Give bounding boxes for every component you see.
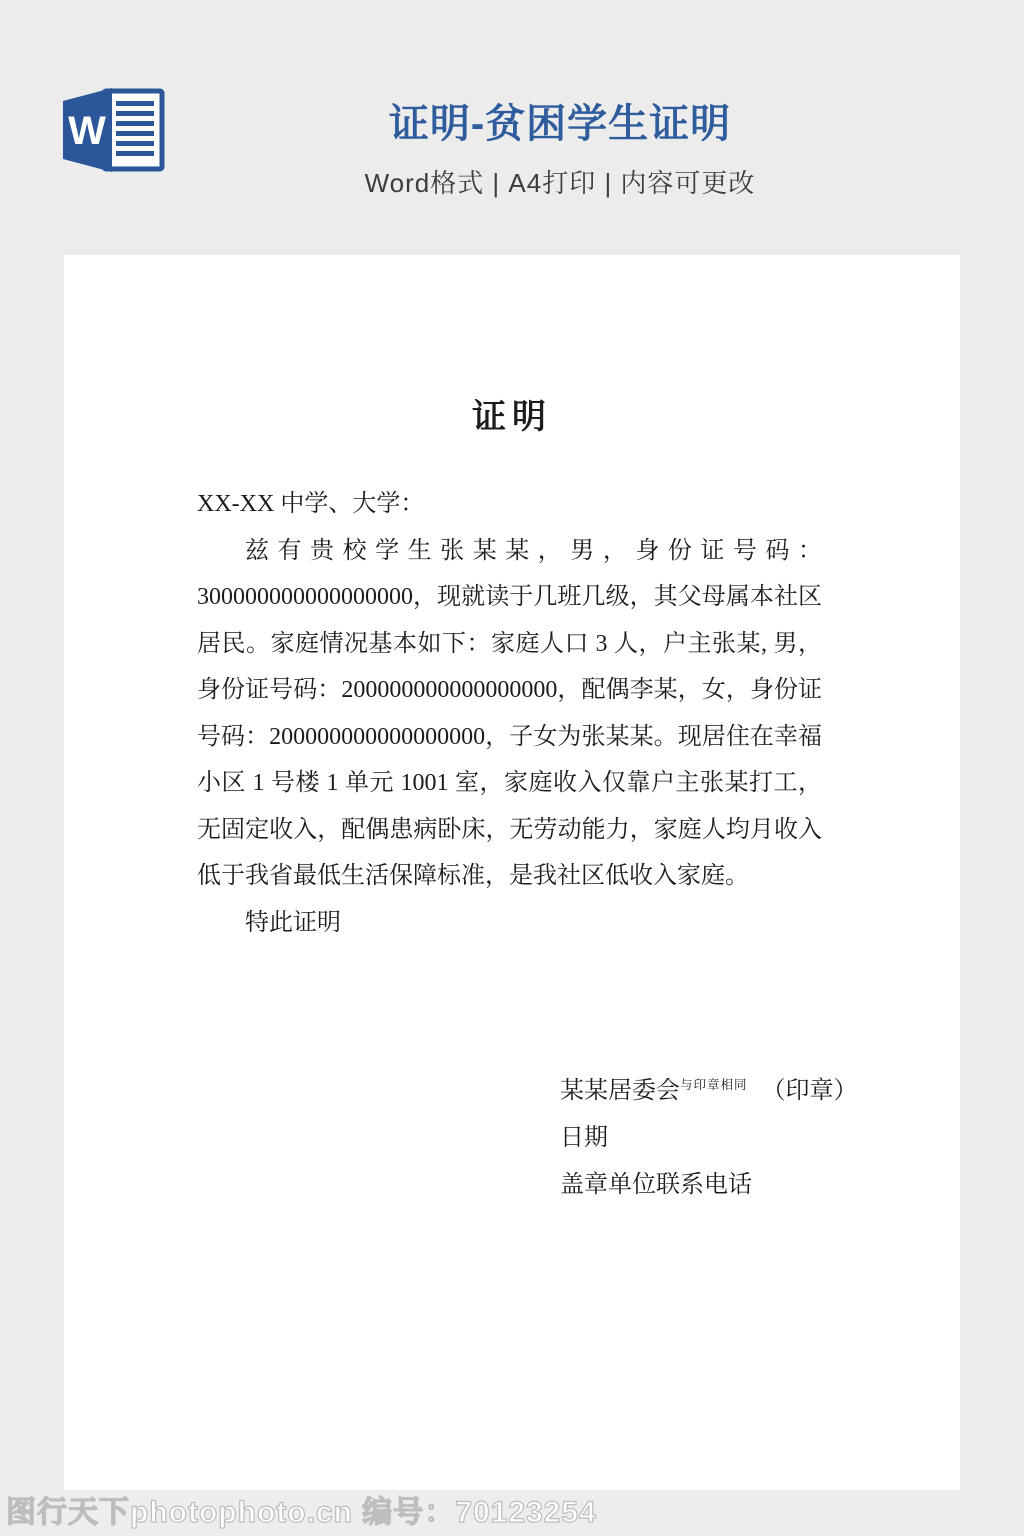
watermark-bar: 图行天下photophoto.cn 编号：70123254 — [0, 1490, 1024, 1536]
signature-contact-line: 盖章单位联系电话 — [560, 1162, 960, 1209]
template-title: 证明-贫困学生证明 — [96, 92, 1024, 149]
closing-line: 特此证明 — [197, 900, 822, 947]
salutation-line: XX-XX 中学、大学： — [197, 481, 822, 528]
paragraph-line: 居民。家庭情况基本如下：家庭人口 3 人，户主张某, 男， — [197, 621, 822, 668]
template-preview-page: { "header": { "title": "证明-贫困学生证明", "sub… — [0, 0, 1024, 1536]
paragraph-line: 300000000000000000，现就读于几班几级，其父母属本社区 — [197, 574, 822, 621]
watermark-text: 图行天下photophoto.cn 编号：70123254 — [6, 1496, 597, 1529]
header-text: 证明-贫困学生证明 Word格式 | A4打印 | 内容可更改 — [0, 92, 1024, 200]
signature-org-line: 某某居委会与印章相同（印章） — [560, 1068, 960, 1115]
paragraph-line: 兹有贵校学生张某某，男，身份证号码： — [197, 528, 822, 575]
signature-seal: （印章） — [762, 1078, 858, 1104]
paragraph-line: 小区 1 号楼 1 单元 1001 室，家庭收入仅靠户主张某打工， — [197, 760, 822, 807]
signature-date-line: 日期 — [560, 1115, 960, 1162]
document-page: 证明 XX-XX 中学、大学： 兹有贵校学生张某某，男，身份证号码： 30000… — [64, 255, 960, 1490]
paragraph-line: 号码：200000000000000000，子女为张某某。现居住在幸福 — [197, 714, 822, 761]
document-body: XX-XX 中学、大学： 兹有贵校学生张某某，男，身份证号码： 30000000… — [197, 481, 822, 946]
template-header: W 证明-贫困学生证明 Word格式 | A4打印 | 内容可更改 — [0, 0, 1024, 255]
paragraph-line: 低于我省最低生活保障标准，是我社区低收入家庭。 — [197, 853, 822, 900]
paragraph-line: 身份证号码：200000000000000000，配偶李某，女，身份证 — [197, 667, 822, 714]
signature-block: 某某居委会与印章相同（印章） 日期 盖章单位联系电话 — [560, 1068, 960, 1209]
document-title: 证明 — [64, 255, 960, 441]
paragraph-line: 无固定收入，配偶患病卧床，无劳动能力，家庭人均月收入 — [197, 807, 822, 854]
signature-org: 某某居委会 — [560, 1078, 680, 1104]
template-subtitle: Word格式 | A4打印 | 内容可更改 — [96, 163, 1024, 200]
signature-superscript: 与印章相同 — [680, 1078, 748, 1092]
